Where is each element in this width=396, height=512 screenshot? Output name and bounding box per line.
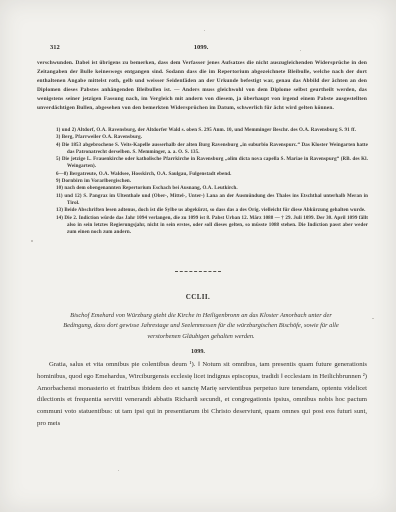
footnote-text: Die 2. Indiction würde das Jahr 1094 ver… xyxy=(64,216,368,236)
section-separator-rule xyxy=(175,271,221,272)
footnote-label: 13) xyxy=(56,208,63,213)
footnote-text: S. Pangraz im Ultenthale und (Ober-, Mit… xyxy=(67,194,368,206)
footnote-text: Beide Abschriften lesen adtenus, doch is… xyxy=(64,208,365,213)
footnote-label: 5) xyxy=(56,157,60,162)
footnote-item: 14) Die 2. Indiction würde das Jahr 1094… xyxy=(56,215,368,237)
page-header: 312 1099. xyxy=(36,44,366,54)
scan-speck xyxy=(204,30,205,31)
charter-number-heading: CCLII. xyxy=(0,293,396,301)
footnote-list: 1) und 2) Altdorf, O.A. Ravensburg, der … xyxy=(56,127,368,236)
footnote-label: 14) xyxy=(56,216,63,221)
footnote-text: nach dem obengenannten Repertorium Escha… xyxy=(64,186,237,191)
scan-speck xyxy=(300,50,301,51)
footnote-text: Altdorf, O.A. Ravensburg, der Altdorfer … xyxy=(77,128,356,133)
scanned-book-page: 312 1099. verschwunden. Dabei ist übrige… xyxy=(0,0,396,512)
footnote-item: 13) Beide Abschriften lesen adtenus, doc… xyxy=(56,207,368,214)
footnote-label: 6—8) xyxy=(56,172,68,177)
scan-speck xyxy=(372,318,374,319)
footnote-item: 9) Dornbirn im Vorarlbergischen. xyxy=(56,178,368,185)
footnote-item: 4) Die 1853 abgebrochene S. Veits-Kapell… xyxy=(56,142,368,157)
running-head-year: 1099. xyxy=(36,44,366,51)
scan-speck xyxy=(118,470,119,471)
footnote-text: Bergatreute, O.A. Waldsee, Hosskirch, O.… xyxy=(69,172,231,177)
footnote-text: Dornbirn im Vorarlbergischen. xyxy=(62,179,131,184)
footnote-label: 4) xyxy=(56,143,60,148)
footnote-item: 5) Die jetzige L. Frauenkirche oder kath… xyxy=(56,156,368,171)
footnote-item: 10) nach dem obengenannten Repertorium E… xyxy=(56,185,368,192)
footnote-text: Die jetzige L. Frauenkirche oder katholi… xyxy=(62,157,368,169)
charter-body-text: Gratia, salus et vita omnibus pie colent… xyxy=(37,359,367,430)
charter-regest: Bischof Emehard von Würzburg giebt die K… xyxy=(60,311,342,342)
footnote-item: 6—8) Bergatreute, O.A. Waldsee, Hosskirc… xyxy=(56,171,368,178)
footnote-label: 1) und 2) xyxy=(56,128,76,133)
footnote-label: 3) xyxy=(56,135,60,140)
footnote-label: 10) xyxy=(56,186,63,191)
footnote-item: 3) Berg, Pfarrweiler O.A. Ravensburg. xyxy=(56,134,368,141)
footnote-item: 1) und 2) Altdorf, O.A. Ravensburg, der … xyxy=(56,127,368,134)
footnote-item: 11) und 12) S. Pangraz im Ultenthale und… xyxy=(56,193,368,208)
footnote-text: Die 1853 abgebrochene S. Veits-Kapelle a… xyxy=(62,143,368,155)
footnote-label: 11) und 12) xyxy=(56,194,82,199)
footnote-text: Berg, Pfarrweiler O.A. Ravensburg. xyxy=(62,135,142,140)
scan-speck xyxy=(31,240,33,242)
footnote-label: 9) xyxy=(56,179,60,184)
charter-year: 1099. xyxy=(0,348,396,355)
commentary-paragraph: verschwunden. Dabei ist übrigens zu beme… xyxy=(37,59,367,113)
